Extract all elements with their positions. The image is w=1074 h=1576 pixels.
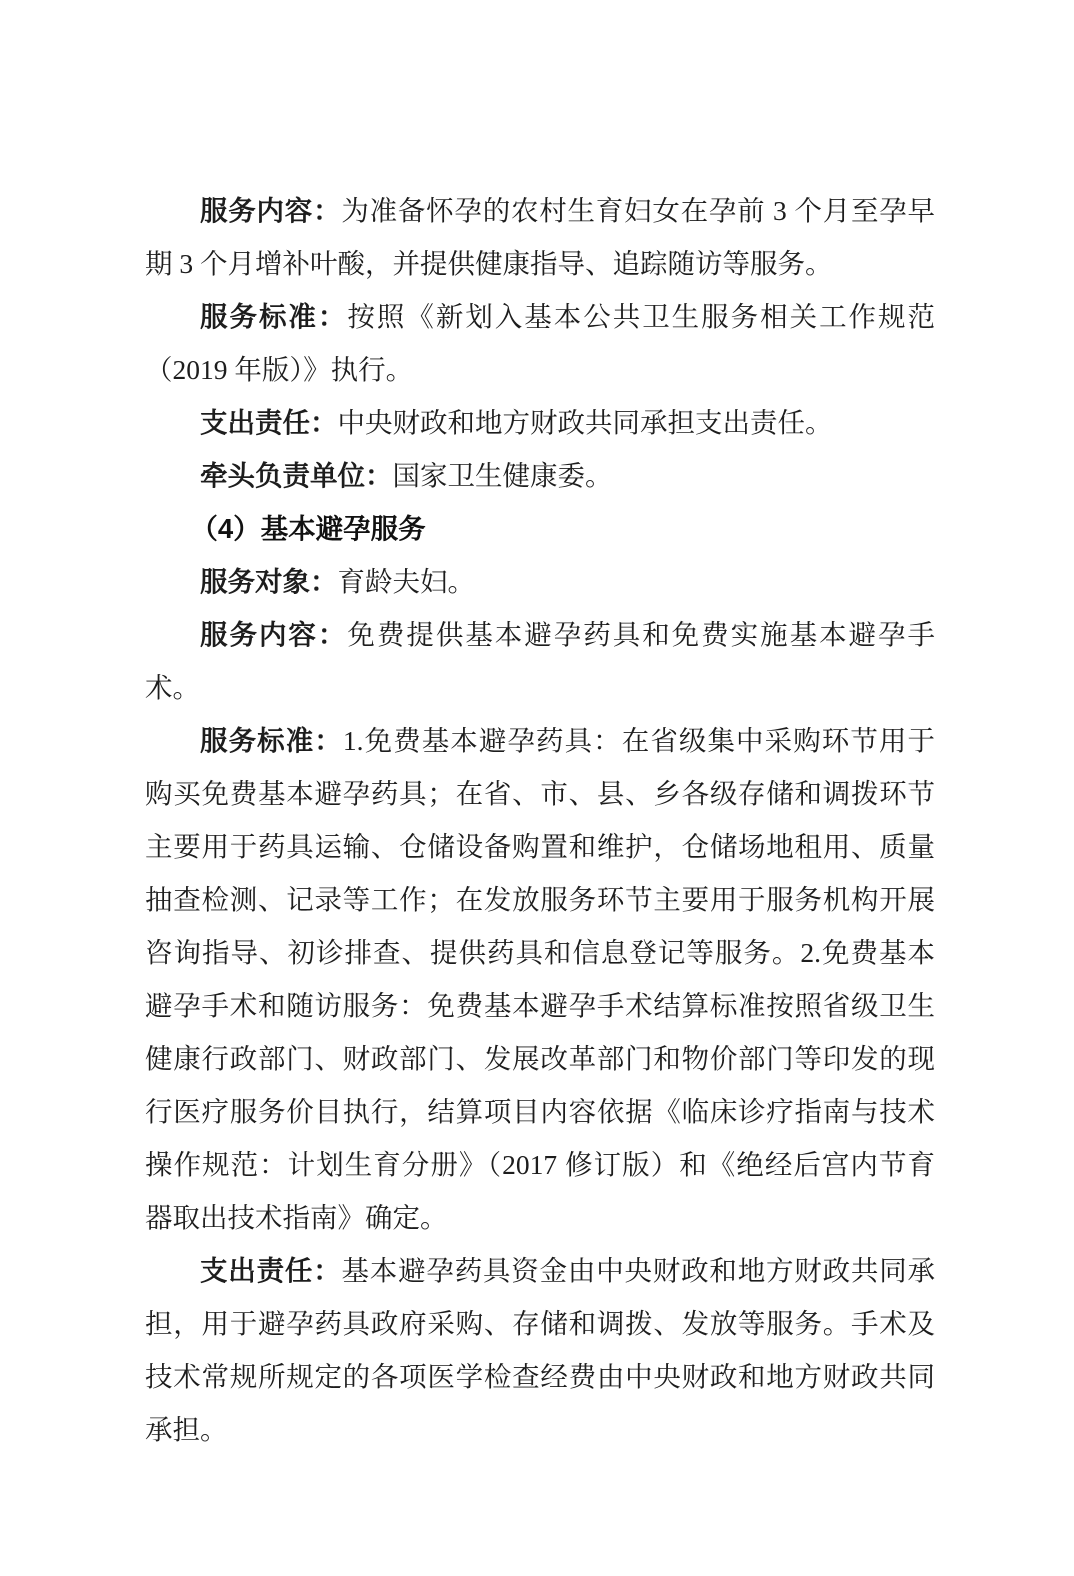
paragraph: 服务内容：免费提供基本避孕药具和免费实施基本避孕手术。 <box>145 608 935 714</box>
paragraph: 服务对象：育龄夫妇。 <box>145 555 935 608</box>
paragraph-label: 服务内容： <box>200 619 347 650</box>
paragraph-label: 服务内容： <box>200 195 341 226</box>
paragraph: 服务标准：1.免费基本避孕药具：在省级集中采购环节用于购买免费基本避孕药具；在省… <box>145 714 935 1244</box>
paragraph-label: 服务标准： <box>200 725 343 756</box>
section-heading: （4）基本避孕服务 <box>145 502 935 555</box>
paragraph: 支出责任：基本避孕药具资金由中央财政和地方财政共同承担，用于避孕药具政府采购、存… <box>145 1244 935 1456</box>
paragraph-label: 支出责任： <box>200 407 338 438</box>
paragraph: 服务标准：按照《新划入基本公共卫生服务相关工作规范（2019 年版）》执行。 <box>145 290 935 396</box>
paragraph: 支出责任：中央财政和地方财政共同承担支出责任。 <box>145 396 935 449</box>
paragraph-label: 支出责任： <box>200 1255 342 1286</box>
paragraph-text: 1.免费基本避孕药具：在省级集中采购环节用于购买免费基本避孕药具；在省、市、县、… <box>145 725 935 1233</box>
paragraph-text: 国家卫生健康委。 <box>393 460 613 491</box>
paragraph-label: 服务标准： <box>200 301 347 332</box>
paragraph-label: 服务对象： <box>200 566 338 597</box>
paragraph-label: 牵头负责单位： <box>200 460 393 491</box>
paragraph-text: 育龄夫妇。 <box>338 566 476 597</box>
section-heading-text: （4）基本避孕服务 <box>190 513 425 544</box>
paragraph: 牵头负责单位：国家卫生健康委。 <box>145 449 935 502</box>
paragraph: 服务内容：为准备怀孕的农村生育妇女在孕前 3 个月至孕早期 3 个月增补叶酸，并… <box>145 184 935 290</box>
document-page: 服务内容：为准备怀孕的农村生育妇女在孕前 3 个月至孕早期 3 个月增补叶酸，并… <box>0 0 1074 1576</box>
document-body: 服务内容：为准备怀孕的农村生育妇女在孕前 3 个月至孕早期 3 个月增补叶酸，并… <box>145 184 935 1456</box>
paragraph-text: 中央财政和地方财政共同承担支出责任。 <box>338 407 833 438</box>
